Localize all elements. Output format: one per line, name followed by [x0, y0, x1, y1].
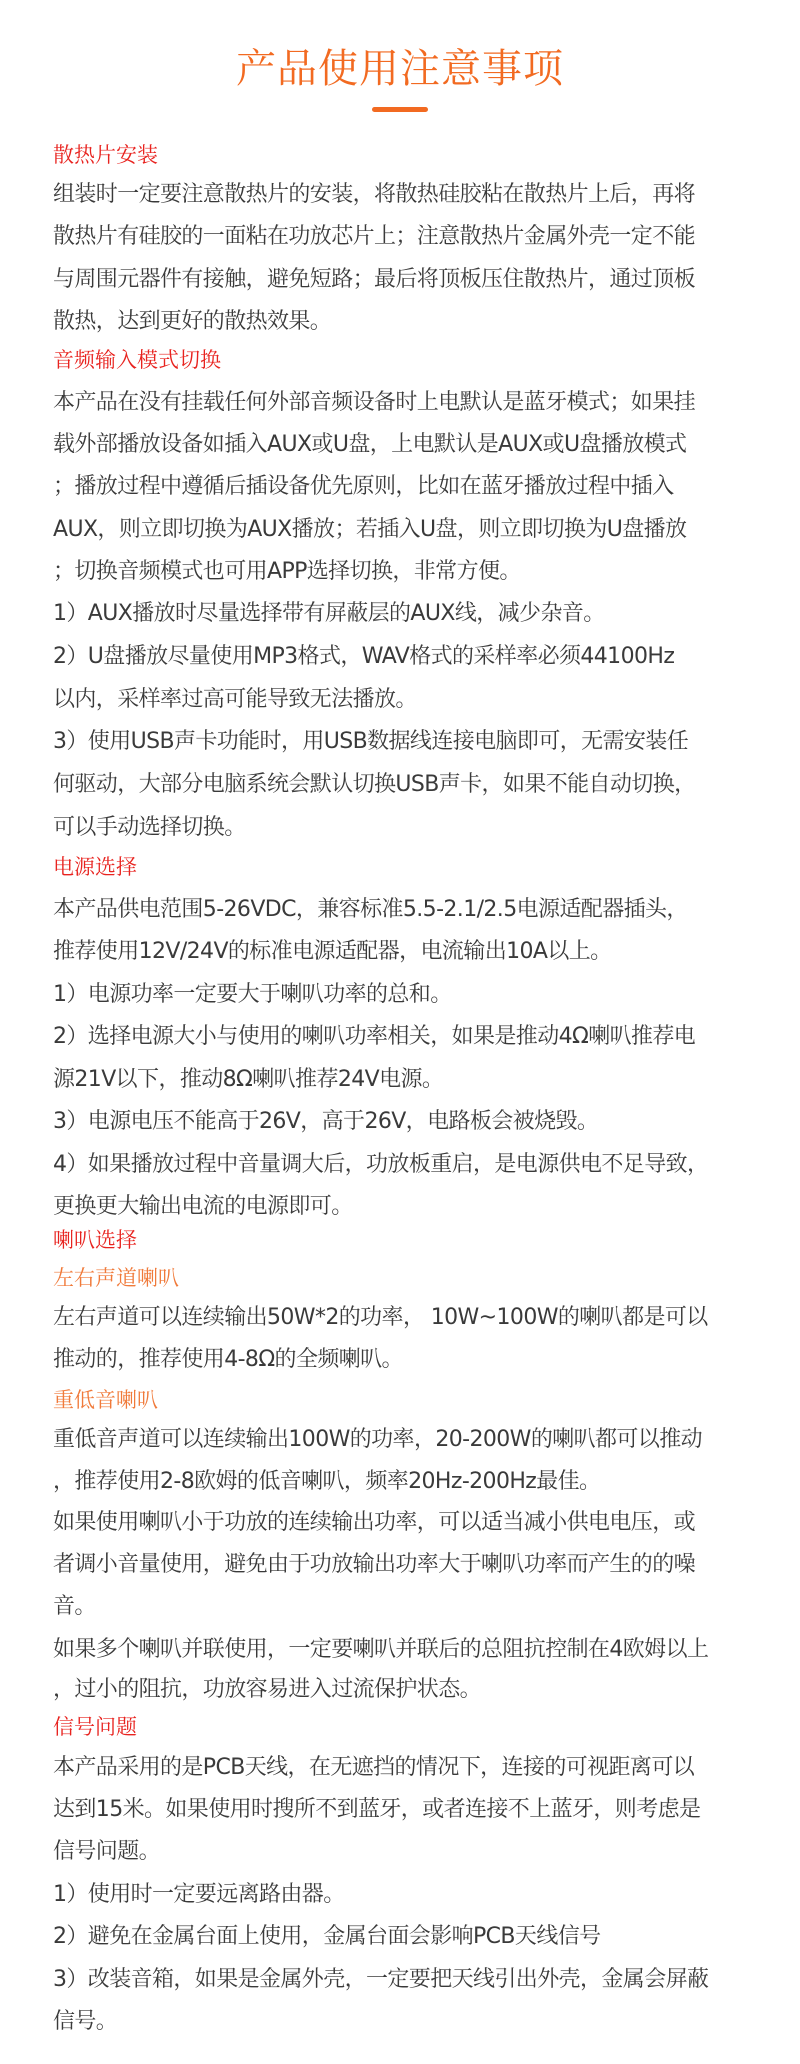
body-line: 源21V以下，推动8Ω喇叭推荐24V电源。	[53, 1065, 773, 1095]
body-line: 推动的，推荐使用4-8Ω的全频喇叭。	[53, 1345, 773, 1375]
body-line: 2）选择电源大小与使用的喇叭功率相关，如果是推动4Ω喇叭推荐电	[53, 1022, 773, 1052]
subheading-stereo-speaker: 左右声道喇叭	[53, 1263, 773, 1293]
body-line: 信号。	[53, 2007, 773, 2037]
body-line: 音。	[53, 1592, 773, 1622]
body-line: 可以手动选择切换。	[53, 813, 773, 843]
section-heading-signal: 信号问题	[53, 1712, 773, 1742]
body-line: 4）如果播放过程中音量调大后，功放板重启，是电源供电不足导致，	[53, 1150, 773, 1180]
body-line: 信号问题。	[53, 1837, 773, 1867]
body-line: 与周围元器件有接触，避免短路；最后将顶板压住散热片，通过顶板	[53, 265, 773, 295]
section-heading-power: 电源选择	[53, 852, 773, 882]
section-heading-audio-input: 音频输入模式切换	[53, 345, 773, 375]
body-line: 1）使用时一定要远离路由器。	[53, 1880, 773, 1910]
body-line: 本产品供电范围5-26VDC，兼容标准5.5-2.1/2.5电源适配器插头，	[53, 895, 773, 925]
body-line: 更换更大输出电流的电源即可。	[53, 1192, 773, 1222]
body-line: 重低音声道可以连续输出100W的功率，20-200W的喇叭都可以推动	[53, 1425, 773, 1455]
body-line: 3）改装音箱，如果是金属外壳，一定要把天线引出外壳，金属会屏蔽	[53, 1965, 773, 1995]
body-line: 组装时一定要注意散热片的安装，将散热硅胶粘在散热片上后，再将	[53, 180, 773, 210]
body-line: 左右声道可以连续输出50W*2的功率， 10W~100W的喇叭都是可以	[53, 1303, 773, 1333]
body-line: 推荐使用12V/24V的标准电源适配器，电流输出10A以上。	[53, 937, 773, 967]
body-line: 1）AUX播放时尽量选择带有屏蔽层的AUX线，减少杂音。	[53, 599, 773, 629]
body-line: 本产品在没有挂载任何外部音频设备时上电默认是蓝牙模式；如果挂	[53, 388, 773, 418]
section-heading-speaker: 喇叭选择	[53, 1225, 773, 1255]
body-line: 3）使用USB声卡功能时，用USB数据线连接电脑即可，无需安装任	[53, 727, 773, 757]
body-line: 散热片有硅胶的一面粘在功放芯片上；注意散热片金属外壳一定不能	[53, 222, 773, 252]
body-line: 3）电源电压不能高于26V，高于26V，电路板会被烧毁。	[53, 1107, 773, 1137]
body-line: ，过小的阻抗，功放容易进入过流保护状态。	[53, 1675, 773, 1705]
body-line: 散热，达到更好的散热效果。	[53, 307, 773, 337]
body-line: 2）避免在金属台面上使用，金属台面会影响PCB天线信号	[53, 1922, 773, 1952]
subheading-subwoofer: 重低音喇叭	[53, 1385, 773, 1415]
title-underline	[372, 107, 428, 112]
body-line: 者调小音量使用，避免由于功放输出功率大于喇叭功率而产生的的噪	[53, 1550, 773, 1580]
body-line: 1）电源功率一定要大于喇叭功率的总和。	[53, 980, 773, 1010]
body-line: 如果使用喇叭小于功放的连续输出功率，可以适当减小供电电压，或	[53, 1508, 773, 1538]
body-line: 本产品采用的是PCB天线，在无遮挡的情况下，连接的可视距离可以	[53, 1753, 773, 1783]
body-line: ，推荐使用2-8欧姆的低音喇叭，频率20Hz-200Hz最佳。	[53, 1467, 773, 1497]
body-line: 达到15米。如果使用时搜所不到蓝牙，或者连接不上蓝牙，则考虑是	[53, 1795, 773, 1825]
body-line: 载外部播放设备如插入AUX或U盘，上电默认是AUX或U盘播放模式	[53, 430, 773, 460]
body-line: ；切换音频模式也可用APP选择切换，非常方便。	[53, 557, 773, 587]
body-line: 何驱动，大部分电脑系统会默认切换USB声卡，如果不能自动切换，	[53, 770, 773, 800]
section-heading-heatsink: 散热片安装	[53, 140, 773, 170]
page-title: 产品使用注意事项	[0, 44, 800, 94]
body-line: 2）U盘播放尽量使用MP3格式，WAV格式的采样率必须44100Hz	[53, 642, 773, 672]
body-line: 以内，采样率过高可能导致无法播放。	[53, 685, 773, 715]
body-line: ；播放过程中遵循后插设备优先原则，比如在蓝牙播放过程中插入	[53, 472, 773, 502]
body-line: AUX，则立即切换为AUX播放；若插入U盘，则立即切换为U盘播放	[53, 515, 773, 545]
body-line: 如果多个喇叭并联使用，一定要喇叭并联后的总阻抗控制在4欧姆以上	[53, 1635, 773, 1665]
